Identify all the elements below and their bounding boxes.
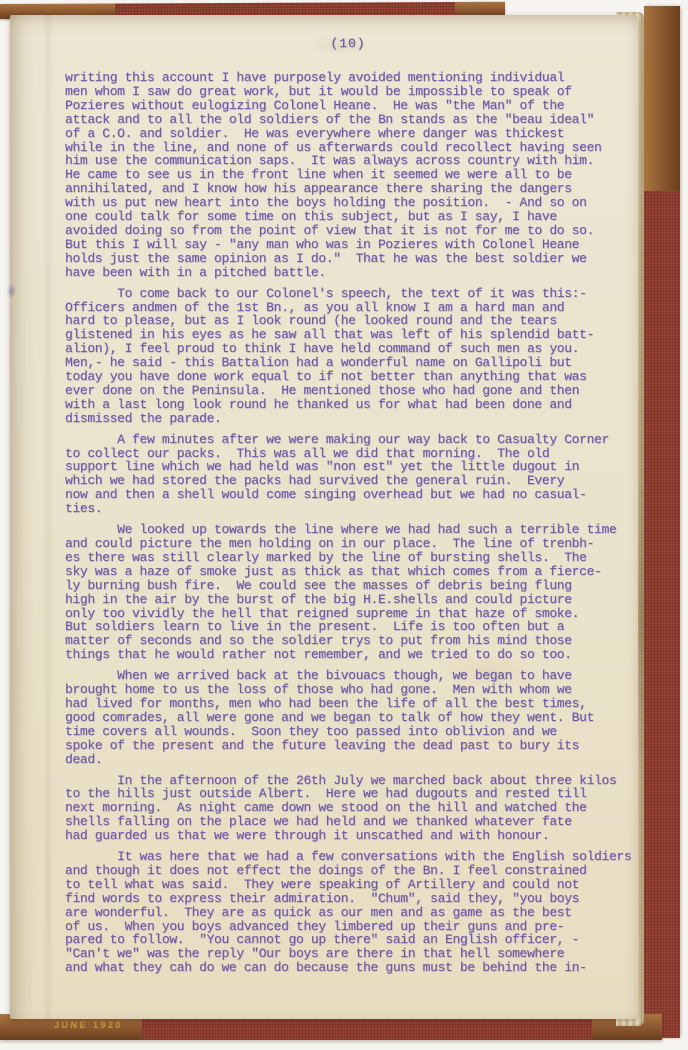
text-line: pared to follow. "You cannot go up there…: [65, 933, 631, 947]
text-line: But soldiers learn to live in the presen…: [65, 620, 631, 634]
text-line: only too vividly the hell that reigned s…: [65, 607, 631, 621]
text-line: avoided doing so from the point of view …: [65, 224, 631, 238]
text-line: him use the communication saps. It was a…: [65, 154, 631, 168]
page-number: (10): [65, 36, 631, 51]
text-line: But this I will say - "any man who was i…: [65, 238, 631, 252]
text-line: A few minutes after we were making our w…: [65, 433, 631, 447]
text-line: It was here that we had a few conversati…: [65, 850, 631, 864]
book-cover-right-edge: [644, 6, 680, 1038]
page-crease: [42, 15, 54, 1019]
text-line: "Can't we" was the reply "Our boys are t…: [65, 947, 631, 961]
leather-corner: [644, 6, 680, 191]
text-line: When we arrived back at the bivouacs tho…: [65, 669, 631, 683]
photo-background: JUNE 1920 (10) writing this account I ha…: [0, 0, 688, 1050]
text-paragraph: We looked up towards the line where we h…: [65, 523, 631, 662]
text-line: brought home to us the loss of those who…: [65, 683, 631, 697]
text-line: now and then a shell would come singing …: [65, 488, 631, 502]
text-line: dead.: [65, 753, 631, 767]
text-line: writing this account I have purposely av…: [65, 71, 631, 85]
text-line: things that he would rather not remember…: [65, 648, 631, 662]
typewritten-text: writing this account I have purposely av…: [65, 71, 631, 982]
text-line: had lived for months, men who had been t…: [65, 697, 631, 711]
text-line: one could talk for some time on this sub…: [65, 210, 631, 224]
text-line: men whom I saw do great work, but it wou…: [65, 85, 631, 99]
text-line: of a C.O. and soldier. He was everywhere…: [65, 127, 631, 141]
text-paragraph: In the afternoon of the 26th July we mar…: [65, 774, 631, 844]
text-line: Pozieres without eulogizing Colonel Hean…: [65, 99, 631, 113]
text-line: To come back to our Colonel's speech, th…: [65, 287, 631, 301]
text-line: while in the line, and none of us afterw…: [65, 141, 631, 155]
ink-stain: [7, 283, 16, 299]
text-line: and could picture the men holding on in …: [65, 537, 631, 551]
text-line: are wonderful. They are as quick as our …: [65, 906, 631, 920]
text-line: sky was a haze of smoke just as thick as…: [65, 565, 631, 579]
text-line: ly burning bush fire. We could see the m…: [65, 579, 631, 593]
text-line: Men,- he said - this Battalion had a won…: [65, 356, 631, 370]
text-line: He came to see us in the front line when…: [65, 168, 631, 182]
text-line: to collect our packs. This was all we di…: [65, 447, 631, 461]
text-line: today you have done work equal to if not…: [65, 370, 631, 384]
text-line: find words to express their admiration. …: [65, 892, 631, 906]
text-line: and what they cah do we can do because t…: [65, 961, 631, 975]
text-line: time covers all wounds. Soon they too pa…: [65, 725, 631, 739]
document-page: (10) writing this account I have purpose…: [10, 15, 638, 1019]
text-line: attack and to all the old soldiers of th…: [65, 113, 631, 127]
text-line: glistened in his eyes as he saw all that…: [65, 328, 631, 342]
text-paragraph: writing this account I have purposely av…: [65, 71, 631, 280]
text-line: alion), I feel proud to think I have hel…: [65, 342, 631, 356]
text-line: shells falling on the place we had held …: [65, 815, 631, 829]
text-line: In the afternoon of the 26th July we mar…: [65, 774, 631, 788]
text-line: of us. When you boys advanced they limbe…: [65, 920, 631, 934]
cloth-binding: [644, 191, 680, 1038]
text-line: had guarded us that we were through it u…: [65, 829, 631, 843]
text-line: good comrades, all were gone and we bega…: [65, 711, 631, 725]
text-line: have been with in a pitched battle.: [65, 266, 631, 280]
text-line: to the hills just outside Albert. Here w…: [65, 787, 631, 801]
text-line: with us put new heart into the boys hold…: [65, 196, 631, 210]
text-paragraph: When we arrived back at the bivouacs tho…: [65, 669, 631, 766]
binding-date-stamp: JUNE 1920: [54, 1020, 123, 1030]
text-line: hard to please, but as I look round (he …: [65, 314, 631, 328]
text-line: and though it does not effect the doings…: [65, 864, 631, 878]
text-line: to tell what was said. They were speakin…: [65, 878, 631, 892]
text-paragraph: A few minutes after we were making our w…: [65, 433, 631, 516]
text-line: next morning. As night came down we stoo…: [65, 801, 631, 815]
text-line: dismissed the parade.: [65, 412, 631, 426]
text-line: annihilated, and I know how his appearan…: [65, 182, 631, 196]
text-line: with a last long look round he thanked u…: [65, 398, 631, 412]
text-line: holds just the same opinion as I do." Th…: [65, 252, 631, 266]
text-paragraph: To come back to our Colonel's speech, th…: [65, 287, 631, 426]
text-line: matter of seconds and so the soldier try…: [65, 634, 631, 648]
text-line: high in the air by the burst of the big …: [65, 593, 631, 607]
text-line: ever done on the Peninsula. He mentioned…: [65, 384, 631, 398]
text-paragraph: It was here that we had a few conversati…: [65, 850, 631, 975]
text-line: spoke of the present and the future leav…: [65, 739, 631, 753]
text-line: We looked up towards the line where we h…: [65, 523, 631, 537]
text-line: ties.: [65, 502, 631, 516]
text-line: support line which we had held was "non …: [65, 460, 631, 474]
text-line: Officers andmen of the 1st Bn., as you a…: [65, 301, 631, 315]
text-line: es there was still clearly marked by the…: [65, 551, 631, 565]
text-line: which we had stored the packs had surviv…: [65, 474, 631, 488]
